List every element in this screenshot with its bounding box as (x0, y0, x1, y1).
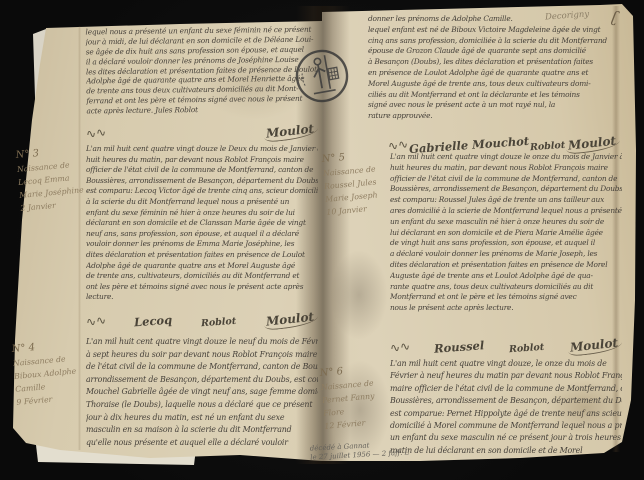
handwriting-line: de l'état civil de la commune de Montfer… (86, 361, 318, 374)
signature: Roussel (434, 338, 485, 355)
birth-record-entry-3: L'an mil huit cent quatre vingt douze le… (86, 144, 318, 303)
handwriting-line: arrondissement de Besançon, département … (86, 374, 318, 387)
handwriting-line: Auguste âgé de trente ans et Loulot Adol… (390, 271, 622, 282)
signature: Roblot (200, 316, 236, 329)
signature-row: LecoqRoblotMoulot (86, 302, 318, 328)
handwriting-line: ont les père et témoins signé avec nous … (86, 282, 318, 293)
handwriting-line: Morel Auguste âgé de trente ans, tous de… (368, 79, 620, 90)
signature-row: RousselRoblotMoulot (390, 328, 622, 354)
handwriting-line: dites déclaration et présentation faites… (86, 250, 318, 261)
handwriting-line: donner les prénoms de Adolphe Camille. (368, 14, 620, 25)
birth-record-entry-4-continued: donner les prénoms de Adolphe Camille.le… (368, 14, 620, 122)
handwriting-line: jour à dix heures du matin, est né un en… (86, 412, 318, 425)
handwriting-line: Boussières, arrondissement de Besançon, … (390, 395, 622, 407)
handwriting-line: maire officier de l'état civil de la com… (390, 383, 622, 395)
handwriting-line: signé avec nous le présent acte à un mot… (368, 100, 620, 111)
handwriting-line: cinq ans sans profession, domiciliée à l… (368, 36, 620, 47)
handwriting-line: L'an mil huit cent quatre vingt douze le… (86, 144, 318, 155)
handwriting-line: enfant du sexe féminin né hier à onze he… (86, 208, 318, 219)
handwriting-line: Montferrand et ont le père et les témoin… (390, 292, 622, 303)
handwriting-line: à sept heures du soir par devant nous Ro… (86, 349, 318, 362)
signature: Moulot (263, 121, 319, 143)
handwriting-line: Février à neuf heures du matin par devan… (390, 370, 622, 382)
handwriting-line: ciliés au dit Montferrand et ont la décl… (368, 90, 620, 101)
birth-record-entry-5: L'an mil huit cent quatre vingt douze le… (390, 152, 622, 314)
margin-note-4: N° 4 Naissance deBiboux AdolpheCamille9 … (11, 337, 84, 409)
handwriting-line: neuf ans, sans profession, son épouse, e… (86, 229, 318, 240)
handwriting-line: lequel enfant est né de Biboux Victoire … (368, 25, 620, 36)
handwriting-line: L'an mil huit cent quatre vingt douze, l… (390, 358, 622, 370)
handwriting-line: ares domicilié à la scierie de Montferra… (390, 206, 622, 217)
handwriting-line: Boussières, arrondissement de Besançon, … (390, 184, 622, 195)
margin-note-6: N° 6 Naissance dePernet FannyFlore12 Fév… (319, 361, 392, 433)
handwriting-line: de trente ans, cultivateurs, domiciliés … (86, 271, 318, 282)
handwriting-line: qu'elle nous présente et auquel elle a d… (86, 437, 318, 450)
handwriting-line: huit heures du matin, par devant nous Ro… (390, 163, 622, 174)
birth-record-entry-continued: lequel nous a présenté un enfant du sexe… (85, 25, 318, 117)
handwriting-line: rature approuvée. (368, 111, 620, 122)
handwriting-line: à la scierie du dit Montferrand lequel n… (86, 197, 318, 208)
ink-smudge (330, 250, 388, 340)
handwriting-line: un enfant du sexe masculin né ce présent… (390, 432, 622, 444)
margin-note-3: N° 3 Naissance deLecoq EmmaMarie Joséphi… (15, 143, 88, 215)
handwriting-line: officier de l'état civil de la commune d… (390, 174, 622, 185)
handwriting-line: L'an mil huit cent quatre vingt douze le… (390, 152, 622, 163)
signature: Moulot (263, 309, 319, 331)
handwriting-line: en présence de Loulot Adolphe âgé de qua… (368, 68, 620, 79)
handwriting-line: est comparue: Pernet Hippolyte âgé de tr… (390, 408, 622, 420)
handwriting-line: huit heures du matin, par devant nous Ro… (86, 155, 318, 166)
handwriting-line: masculin en sa maison à la scierie du di… (86, 424, 318, 437)
handwriting-line: domicilié à Morel commune de Montferrand… (390, 420, 622, 432)
handwriting-line: L'an mil huit cent quatre vingt douze le… (86, 336, 318, 349)
handwriting-line: officier de l'état civil de la commune d… (86, 165, 318, 176)
handwriting-line: a déclaré vouloir donner les prénoms de … (390, 249, 622, 260)
handwriting-line: Adolphe âgé de quarante quatre ans et Mo… (86, 261, 318, 272)
signature: Roblot (508, 342, 544, 355)
signature-row: Moulot (86, 114, 318, 140)
signature: Lecoq (134, 313, 173, 330)
handwriting-line: matin de lui déclarant en son domicile e… (390, 445, 622, 457)
handwriting-line: est comparu: Lecoq Victor âgé de trente … (86, 186, 318, 197)
handwriting-line: dites déclaration et présentation faites… (390, 260, 622, 271)
handwriting-line: Mouchel Gabrielle âgée de vingt neuf ans… (86, 386, 318, 399)
signature-row: Gabrielle MouchotRoblotMoulot (388, 126, 620, 152)
handwriting-line: vouloir donner les prénoms de Emma Marie… (86, 239, 318, 250)
handwriting-line: de vingt huit ans sans profession, son é… (390, 238, 622, 249)
birth-record-entry-6: L'an mil huit cent quatre vingt douze, l… (390, 358, 622, 457)
signature: Moulot (567, 335, 623, 357)
handwriting-line: nous le présent acte après lecture. (390, 303, 622, 314)
handwriting-line: Boussières, arrondissement de Besançon, … (86, 176, 318, 187)
margin-note-5: N° 5 Naissance deRoussel JulesMarie Jose… (321, 147, 394, 219)
handwriting-line: épouse de Grozon Claude âgé de quarante … (368, 46, 620, 57)
birth-record-entry-4: L'an mil huit cent quatre vingt douze le… (86, 336, 318, 449)
handwriting-line: déclarant en son domicile et de Clanssan… (86, 218, 318, 229)
handwriting-line: un enfant du sexe masculin né hier à onz… (390, 217, 622, 228)
handwriting-line: rante quatre ans, tous deux cultivateurs… (390, 282, 622, 293)
handwriting-line: lui déclarant en son domicile et de Pier… (390, 228, 622, 239)
handwriting-line: à Besançon (Doubs), les dites déclaratio… (368, 57, 620, 68)
handwriting-line: est comparu: Roussel Jules âgé de trente… (390, 195, 622, 206)
handwriting-line: Thoraise (le Doubs), laquelle nous a déc… (86, 399, 318, 412)
register-scan: lequel nous a présenté un enfant du sexe… (0, 0, 644, 480)
